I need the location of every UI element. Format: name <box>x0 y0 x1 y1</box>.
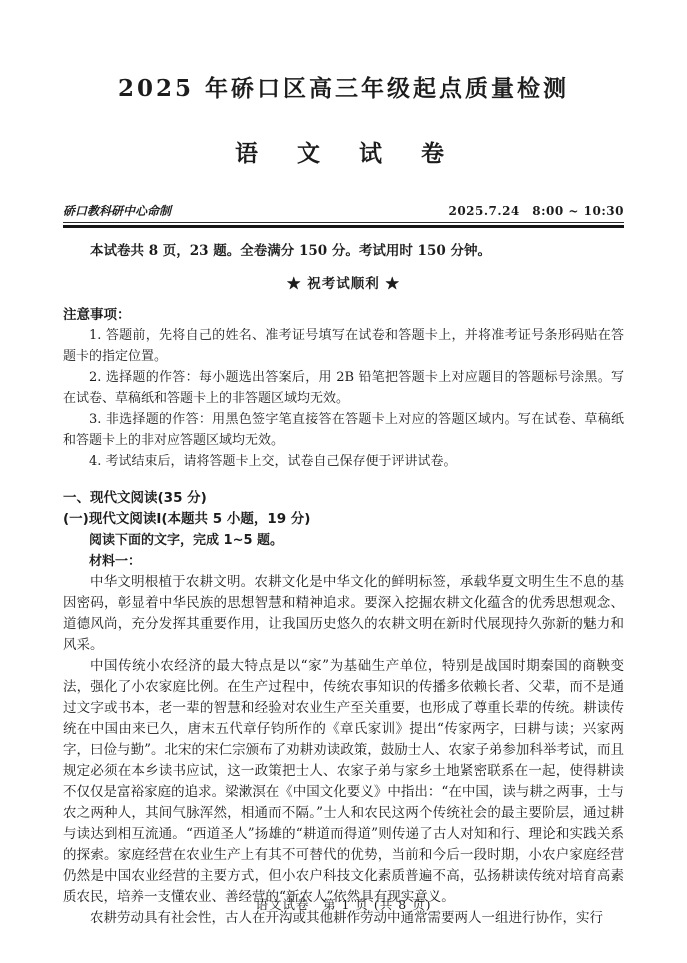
exam-schedule: 2025.7.24 8:00 ~ 10:30 <box>448 202 624 219</box>
header-rule-thin <box>63 222 624 223</box>
exam-paper-page: 2025 年硚口区高三年级起点质量检测 语 文 试 卷 硚口教科研中心命制 20… <box>0 0 687 963</box>
body-paragraph-2: 中国传统小农经济的最大特点是以“家”为基础生产单位，特别是战国时期秦国的商鞅变法… <box>63 656 624 908</box>
reading-instruction: 阅读下面的文字，完成 1~5 题。 <box>63 530 624 551</box>
wish-line: ★ 祝考试顺利 ★ <box>63 272 624 292</box>
header-rule-thick <box>63 225 624 228</box>
section-heading-modern-reading: 一、现代文阅读(35 分) <box>63 488 624 509</box>
issuer-line: 硚口教科研中心命制 <box>63 202 171 219</box>
notice-item-1: 1. 答题前，先将自己的姓名、准考证号填写在试卷和答题卡上，并将准考证号条形码贴… <box>63 325 624 367</box>
notice-item-4: 4. 考试结束后，请将答题卡上交，试卷自己保存便于评讲试卷。 <box>63 451 624 472</box>
body-paragraph-1: 中华文明根植于农耕文明。农耕文化是中华文化的鲜明标签，承载华夏文明生生不息的基因… <box>63 572 624 656</box>
material-one-label: 材料一： <box>63 551 624 572</box>
exam-title: 2025 年硚口区高三年级起点质量检测 <box>63 70 624 103</box>
page-footer: 语文试卷 第 1 页 (共 8 页) <box>0 895 687 913</box>
header-meta-row: 硚口教科研中心命制 2025.7.24 8:00 ~ 10:30 <box>63 202 624 219</box>
subsection-heading-reading-1: (一)现代文阅读Ⅰ(本题共 5 小题，19 分) <box>63 509 624 530</box>
notice-heading: 注意事项： <box>63 305 624 325</box>
notice-item-3: 3. 非选择题的作答：用黑色签字笔直接答在答题卡上对应的答题区域内。写在试卷、草… <box>63 409 624 451</box>
notice-item-2: 2. 选择题的作答：每小题选出答案后，用 2B 铅笔把答题卡上对应题目的答题标号… <box>63 367 624 409</box>
exam-info-line: 本试卷共 8 页，23 题。全卷满分 150 分。考试用时 150 分钟。 <box>63 241 624 261</box>
exam-subtitle: 语 文 试 卷 <box>63 135 624 168</box>
